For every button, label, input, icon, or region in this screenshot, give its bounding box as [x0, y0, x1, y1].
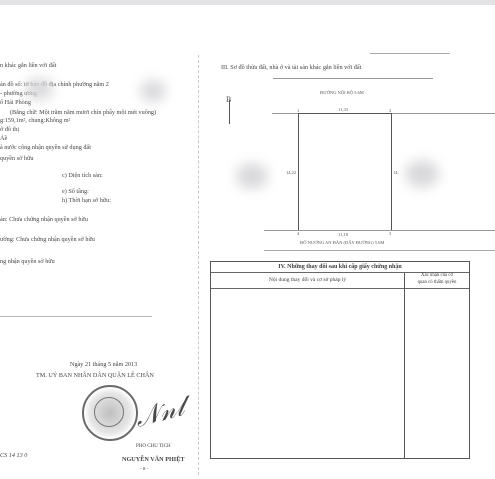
- redacted-blur: [140, 80, 166, 102]
- land-plot-boundary: [298, 113, 392, 231]
- doc-line: à nước công nhận quyền sử dụng đất: [0, 144, 91, 151]
- registration-number: CS 14 13 0: [0, 452, 27, 459]
- top-road-label: ĐƯỜNG NỘI BỘ 5.6M: [320, 90, 364, 95]
- section-4-title: IV. Những thay đổi sau khi cấp giấy chứn…: [211, 262, 469, 273]
- corner-3: 3: [389, 231, 391, 236]
- column-header-content: Nội dung thay đổi và cơ sở pháp lý: [211, 273, 405, 289]
- doc-line: n khác gắn liền với đất: [0, 62, 56, 69]
- bottom-road-label: ĐỐ NƯỚNG AN ĐÀN (DÂY ĐƯỜNG) 5.6M: [300, 240, 384, 245]
- ownership-line: ản: Chưa chứng nhận quyền sở hữu: [0, 216, 88, 223]
- divider: [264, 250, 495, 251]
- doc-line: Ảề: [0, 135, 7, 142]
- signature: 𝒩𝓃𝓁: [132, 392, 188, 435]
- left-length: 14,22: [286, 170, 296, 175]
- corner-1: 1: [297, 108, 299, 113]
- north-arrow-icon: B: [226, 95, 231, 104]
- ownership-line: ng nhận quyền sở hữu: [0, 258, 55, 265]
- divider: [0, 316, 152, 317]
- ownership-line: ường: Chưa chứng nhận quyền sở hữu: [0, 236, 95, 243]
- issuing-org: TM. UỶ BAN NHÂN DÂN QUẬN LÊ CHÂN: [36, 372, 154, 379]
- doc-line: ản đồ số: tờ bản đồ địa chính phường năm…: [0, 81, 109, 88]
- date-line: Ngày 21 tháng 5 năm 2013: [70, 361, 137, 368]
- redacted-blur: [25, 78, 53, 100]
- field-ownership-term: h) Thời hạn sở hữu:: [62, 197, 111, 204]
- col2-line2: quan có thẩm quyền: [405, 280, 469, 287]
- road-line-bottom: [264, 230, 495, 231]
- bottom-length: 11,18: [338, 232, 348, 237]
- section-3-title: III. Sơ đồ thửa đất, nhà ở và tài sản kh…: [221, 64, 361, 71]
- page-mark: - 8 -: [140, 467, 148, 472]
- redacted-blur: [236, 163, 268, 189]
- corner-4: 4: [297, 231, 299, 236]
- field-floor-area: c) Diện tích sàn:: [62, 172, 103, 179]
- changes-table: IV. Những thay đổi sau khi cấp giấy chứn…: [210, 261, 470, 459]
- doc-line: quyền sở hữu: [0, 155, 33, 162]
- right-length: 14,: [393, 170, 399, 175]
- column-header-confirmation: Xác nhận của cơ quan có thẩm quyền: [405, 273, 469, 289]
- doc-line: g:159,1m², chung:Không m²: [0, 117, 70, 124]
- divider: [370, 53, 450, 54]
- signer-name: NGUYỄN VĂN PHIỆT: [122, 456, 184, 463]
- top-edge-bar: [0, 0, 495, 5]
- doc-line: ố Hải Phòng: [0, 99, 31, 106]
- signer-title: PHÓ CHỦ TỊCH: [136, 444, 171, 449]
- corner-2: 2: [389, 108, 391, 113]
- top-length: 11,33: [338, 107, 348, 112]
- page-fold: [198, 55, 200, 475]
- divider: [273, 78, 433, 79]
- redacted-blur: [405, 160, 439, 188]
- doc-line: ở đô thị: [0, 126, 19, 133]
- official-seal: [82, 385, 138, 441]
- doc-line: (Bằng chữ: Một trăm năm mươi chín phẩy m…: [10, 109, 156, 116]
- column-divider: [404, 288, 405, 458]
- field-floors: e) Số tầng:: [62, 188, 89, 195]
- seal-emblem-icon: [94, 397, 124, 427]
